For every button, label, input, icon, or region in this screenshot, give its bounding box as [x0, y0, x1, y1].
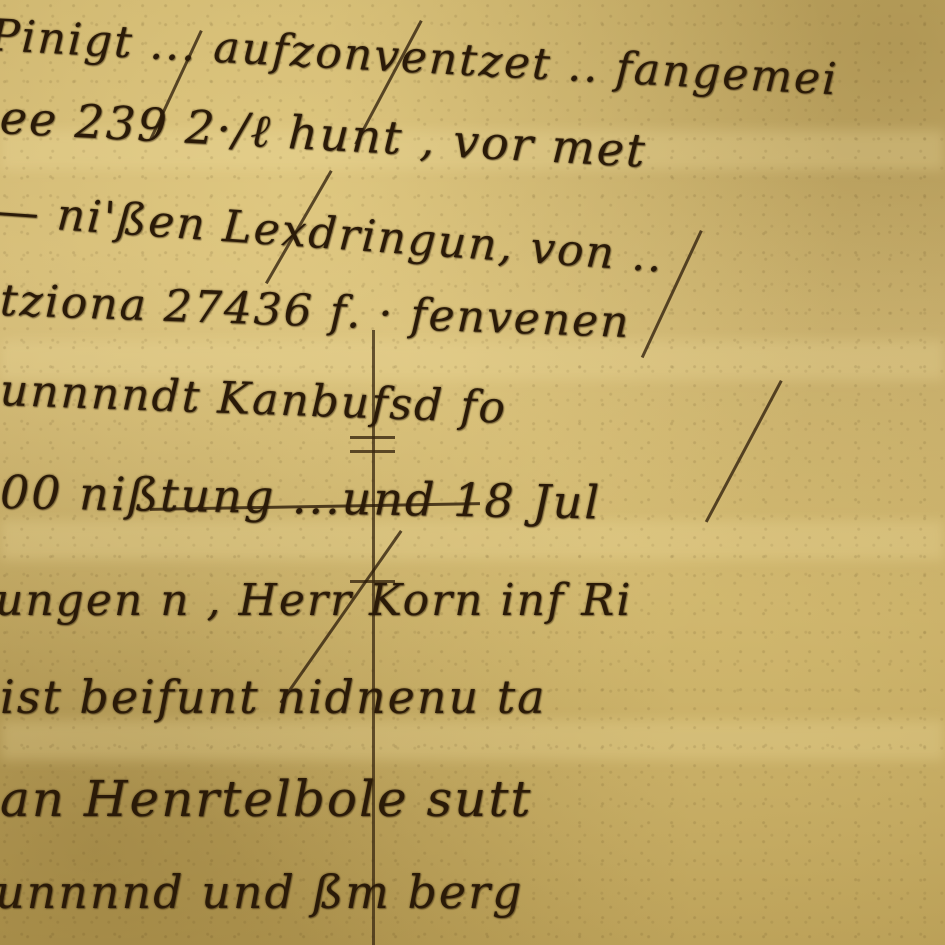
manuscript-line: unnnnd und ßm berg [0, 865, 524, 919]
manuscript-line: ungen n , Herr Korn inf Ri [0, 575, 632, 626]
manuscript-line: an Henrtelbole sutt [0, 770, 533, 828]
rule-tick [350, 450, 395, 453]
manuscript-page: Pinigt ... aufzonventzet .. fangemei ee … [0, 0, 945, 945]
manuscript-line: 00 nißtung ...und 18 Jul [0, 465, 602, 529]
rule-tick [350, 436, 395, 439]
manuscript-line: ist beifunt nidnenu ta [0, 670, 547, 724]
